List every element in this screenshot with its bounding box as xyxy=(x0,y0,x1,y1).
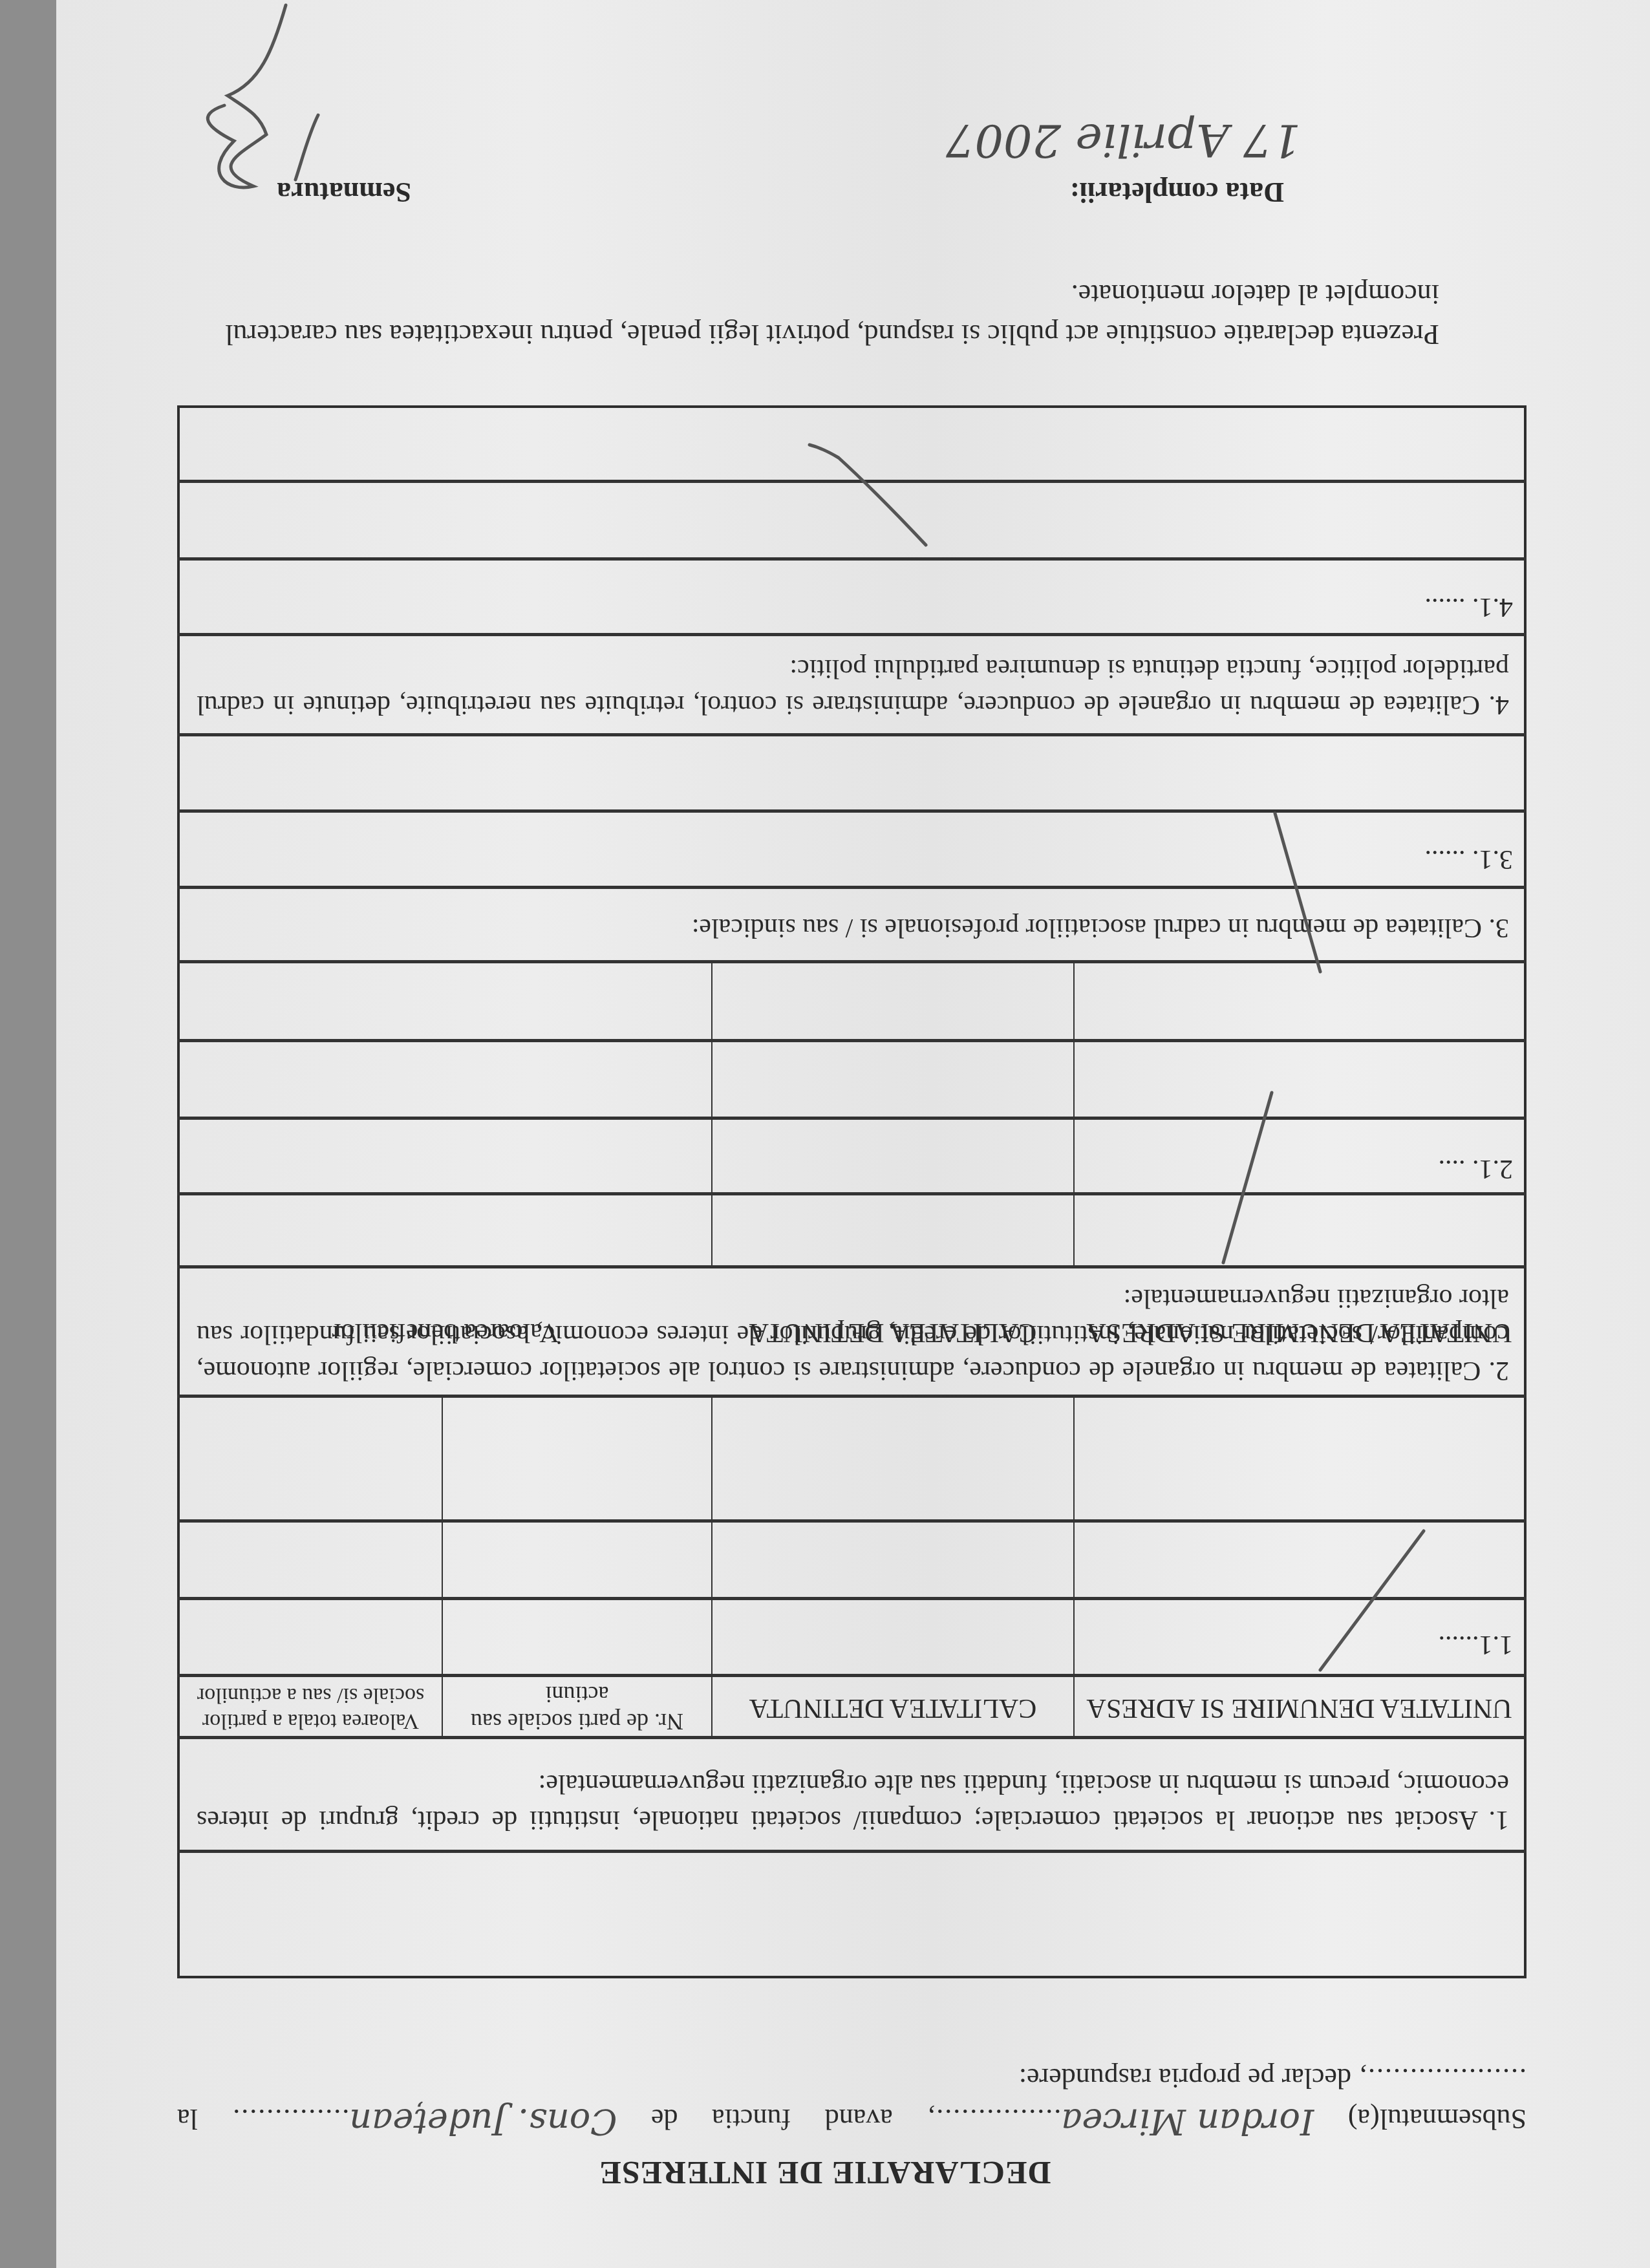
section-2-header-0: UNITATEA DENUMIRE SI ADRESA xyxy=(1075,1268,1524,1396)
section-2-header-2: Valoarea beneficiilor xyxy=(180,1268,711,1396)
cross-out-section-2 xyxy=(1223,1093,1272,1263)
section-2-header-1: CALITATEA DETINUTA xyxy=(712,1268,1073,1396)
scanned-page: DECLARATIE DE INTERESE Subsemnatul(a) Io… xyxy=(0,0,1650,2268)
cross-out-section-1 xyxy=(1320,1531,1424,1670)
cross-out-section-4 xyxy=(809,445,926,545)
handwritten-strokes xyxy=(0,0,1650,2268)
cross-out-section-3 xyxy=(1275,813,1320,972)
signature-scribble xyxy=(208,5,318,187)
